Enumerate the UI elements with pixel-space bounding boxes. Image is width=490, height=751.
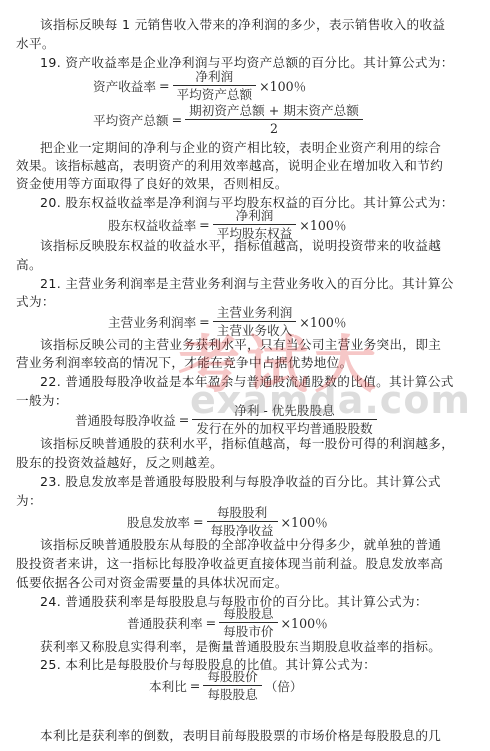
paragraph-line: 获利率又称股息实得利率，是衡量普通股股东当期股息收益率的指标。 xyxy=(40,639,441,655)
equals-sign: = xyxy=(199,314,210,329)
paragraph-line: 股投资者来讲，这一指标比每股净收益更直接体现当前利益。股息发放率高 xyxy=(16,556,443,572)
formula-return-on-equity: 股东权益收益率 = 净利润 平均股东权益 ×100％ xyxy=(108,208,346,241)
paragraph-line: 该指标反映普通股的获利水平，指标值越高，每一股份可得的利润越多， xyxy=(40,436,454,452)
formula-tail: ×100％ xyxy=(281,512,328,531)
formula-main-business-profit-margin: 主营业务利润率 = 主营业务利润 主营业务收入 ×100％ xyxy=(108,305,346,338)
paragraph-line: 一般为： xyxy=(16,393,68,409)
equals-sign: = xyxy=(206,615,217,630)
paragraph-line: 把企业一定期间的净利与企业的资产相比较，表明企业资产利用的综合 xyxy=(40,140,441,156)
denominator: 每股股息 xyxy=(203,686,261,702)
paragraph-line: 该指标反映普通股股东从每股的全部净收益中分得多少，就单独的普通 xyxy=(40,537,441,553)
formula-tail: （倍） xyxy=(265,676,303,695)
formula-lhs: 股东权益收益率 xyxy=(108,215,196,234)
equals-sign: = xyxy=(172,112,183,127)
fraction: 净利润 平均资产总额 xyxy=(173,69,257,102)
paragraph-line: 为： xyxy=(16,493,42,509)
section-heading-22: 22. 普通股每股净收益是本年盈余与普通股流通股数的比值。其计算公式 xyxy=(40,374,454,390)
numerator: 净利润 xyxy=(191,69,237,85)
denominator: 主营业务收入 xyxy=(213,322,297,338)
numerator: 每股股利 xyxy=(213,505,271,521)
formula-lhs: 资产收益率 xyxy=(93,76,156,95)
formula-return-on-assets: 资产收益率 = 净利润 平均资产总额 ×100％ xyxy=(93,69,306,102)
fraction: 净利 - 优先股股息 发行在外的加权平均普通股股数 xyxy=(192,403,376,436)
numerator: 期初资产总额 + 期末资产总额 xyxy=(185,103,363,119)
paragraph-line: 低要依据各公司对资金需要量的具体状况而定。 xyxy=(16,575,288,591)
paragraph-line: 该指标反映每 1 元销售收入带来的净利润的多少，表示销售收入的收益 xyxy=(40,17,445,33)
formula-dividend-yield: 普通股获利率 = 每股股息 每股市价 ×100％ xyxy=(127,606,328,639)
equals-sign: = xyxy=(159,78,170,93)
paragraph-line: 式为： xyxy=(16,294,55,310)
formula-eps: 普通股每股净收益 = 净利 - 优先股股息 发行在外的加权平均普通股股数 xyxy=(75,403,377,436)
paragraph-line: 水平。 xyxy=(16,36,55,52)
formula-tail: ×100％ xyxy=(299,215,346,234)
section-heading-23: 23. 股息发放率是普通股每股股利与每股净收益的百分比。其计算公式 xyxy=(40,474,441,490)
denominator: 每股净收益 xyxy=(207,522,278,538)
equals-sign: = xyxy=(179,412,190,427)
fraction: 每股股价 每股股息 xyxy=(203,669,261,702)
numerator: 净利润 xyxy=(232,208,278,224)
formula-lhs: 股息发放率 xyxy=(127,512,190,531)
paragraph-line: 营业务利润率较高的情况下，才能在竞争中占据优势地位。 xyxy=(16,355,353,371)
formula-lhs: 本利比 xyxy=(149,676,187,695)
fraction: 净利润 平均股东权益 xyxy=(213,208,297,241)
numerator: 主营业务利润 xyxy=(213,305,297,321)
equals-sign: = xyxy=(190,678,201,693)
formula-dividend-payout-ratio: 股息发放率 = 每股股利 每股净收益 ×100％ xyxy=(127,505,328,538)
paragraph-line: 效果。该指标越高，表明资产的利用效率越高，说明企业在增加收入和节约 xyxy=(16,158,443,174)
document-page: 该指标反映每 1 元销售收入带来的净利润的多少，表示销售收入的收益 水平。 19… xyxy=(0,0,490,751)
formula-price-dividend-ratio: 本利比 = 每股股价 每股股息 （倍） xyxy=(149,669,303,702)
formula-tail: ×100％ xyxy=(299,312,346,331)
paragraph-line: 本利比是获利率的倒数，表明目前每股股票的市场价格是每股股息的几 xyxy=(40,728,441,744)
formula-average-total-assets: 平均资产总额 = 期初资产总额 + 期末资产总额 2 xyxy=(93,103,363,136)
paragraph-line: 该指标反映公司的主营业务获利水平，只有当公司主营业务突出，即主 xyxy=(40,337,441,353)
fraction: 每股股利 每股净收益 xyxy=(207,505,278,538)
numerator: 每股股息 xyxy=(219,606,277,622)
fraction: 主营业务利润 主营业务收入 xyxy=(213,305,297,338)
equals-sign: = xyxy=(199,217,210,232)
paragraph-line: 高。 xyxy=(16,257,42,273)
fraction: 期初资产总额 + 期末资产总额 2 xyxy=(185,103,363,136)
formula-lhs: 普通股每股净收益 xyxy=(75,410,176,429)
section-heading-21: 21. 主营业务利润率是主营业务利润与主营业务收入的百分比。其计算公 xyxy=(40,276,454,292)
formula-tail: ×100％ xyxy=(281,613,328,632)
formula-lhs: 普通股获利率 xyxy=(127,613,203,632)
paragraph-line: 资金使用等方面取得了良好的效果，否则相反。 xyxy=(16,176,288,192)
denominator: 发行在外的加权平均普通股股数 xyxy=(192,420,376,436)
denominator: 每股市价 xyxy=(219,623,277,639)
paragraph-line: 该指标反映股东权益的收益水平，指标值越高，说明投资带来的收益越 xyxy=(40,238,441,254)
formula-lhs: 平均资产总额 xyxy=(93,110,169,129)
numerator: 净利 - 优先股股息 xyxy=(230,403,338,419)
denominator: 2 xyxy=(266,120,282,136)
numerator: 每股股价 xyxy=(203,669,261,685)
paragraph-line: 股东的投资效益越好，反之则越差。 xyxy=(16,455,223,471)
formula-tail: ×100％ xyxy=(259,76,306,95)
equals-sign: = xyxy=(193,514,204,529)
denominator: 平均资产总额 xyxy=(173,86,257,102)
fraction: 每股股息 每股市价 xyxy=(219,606,277,639)
formula-lhs: 主营业务利润率 xyxy=(108,312,196,331)
